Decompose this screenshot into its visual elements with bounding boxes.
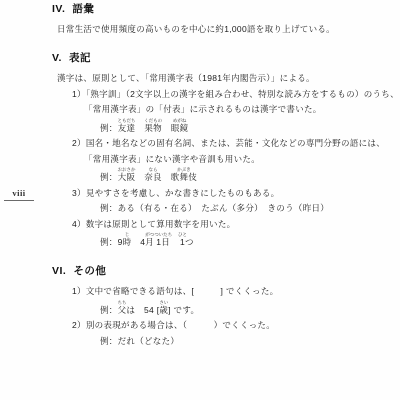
doc-line: 漢字は、原則として、「常用漢字表（1981年内閣告示）」による。: [57, 71, 396, 85]
ruby-term: 大阪おおさか: [118, 172, 136, 182]
doc-line: 「常用漢字表」にない漢字や音訓も用いた。: [84, 152, 396, 166]
ruby-term: 1ひと: [180, 237, 185, 247]
ruby-term: 果物くだもの: [144, 123, 162, 133]
doc-line: 日常生活で使用頻度の高いものを中心に約1,000語を取り上げている。: [57, 22, 396, 36]
section-iv: IV.語彙日常生活で使用頻度の高いものを中心に約1,000語を取り上げている。: [52, 3, 396, 36]
section-vi: VI.その他1）文中で省略できる語句は、[ ] でくくった。例：父ちちは 54 …: [52, 265, 396, 348]
doc-line: 2）別の表現がある場合は、（ ）でくくった。: [72, 318, 396, 332]
doc-line: 2）国名・地名などの固有名詞、または、芸能・文化などの専門分野の語には、: [72, 136, 396, 150]
section-v: V.表記漢字は、原則として、「常用漢字表（1981年内閣告示）」による。1）「熟…: [52, 52, 396, 249]
section-heading: VI.その他: [52, 265, 396, 278]
ruby-term: 歳さい: [159, 305, 168, 315]
section-number: V.: [52, 52, 62, 64]
ruby-term: 時じ: [123, 237, 132, 247]
doc-line: 例：大阪おおさか 奈良なら 歌舞伎かぶき: [100, 167, 396, 184]
section-heading: V.表記: [52, 52, 396, 65]
page-number-rule: [4, 200, 34, 201]
section-title: 表記: [69, 52, 91, 64]
doc-line: 例：友達ともだち 果物くだもの 眼鏡めがね: [100, 118, 396, 135]
doc-line: 例：9時じ 4月がつ1日ついたち 1ひとつ: [100, 232, 396, 249]
section-number: VI.: [52, 265, 66, 277]
section-title: その他: [73, 265, 106, 277]
ruby-term: 父ちち: [118, 305, 127, 315]
page-number: viii: [4, 188, 34, 198]
section-heading: IV.語彙: [52, 3, 396, 16]
ruby-term: 1日ついたち: [154, 237, 171, 247]
doc-line: 例：ある（有る・在る） たぶん（多分） きのう（昨日）: [100, 201, 396, 215]
doc-line: 1）文中で省略できる語句は、[ ] でくくった。: [72, 284, 396, 298]
ruby-term: 奈良なら: [144, 172, 162, 182]
doc-line: 「常用漢字表」の「付表」に示されるものは漢字で書いた。: [84, 102, 396, 116]
ruby-term: 眼鏡めがね: [171, 123, 189, 133]
section-title: 語彙: [72, 3, 94, 15]
doc-line: 例：だれ（どなた）: [100, 334, 396, 348]
section-number: IV.: [52, 3, 65, 15]
document-page: viii IV.語彙日常生活で使用頻度の高いものを中心に約1,000語を取り上げ…: [0, 0, 400, 400]
page-number-block: viii: [4, 188, 34, 201]
ruby-term: 月がつ: [145, 237, 154, 247]
doc-line: 4）数字は原則として算用数字を用いた。: [72, 217, 396, 231]
doc-line: 3）見やすさを考慮し、かな書きにしたものもある。: [72, 186, 396, 200]
ruby-term: 友達ともだち: [118, 123, 136, 133]
doc-line: 例：父ちちは 54 [歳さい] です。: [100, 300, 396, 317]
document-content: IV.語彙日常生活で使用頻度の高いものを中心に約1,000語を取り上げている。V…: [52, 3, 396, 364]
doc-line: 1）「熟字訓」（2文字以上の漢字を組み合わせ、特別な読み方をするもの）のうち、: [72, 87, 396, 101]
ruby-term: 歌舞伎かぶき: [171, 172, 197, 182]
